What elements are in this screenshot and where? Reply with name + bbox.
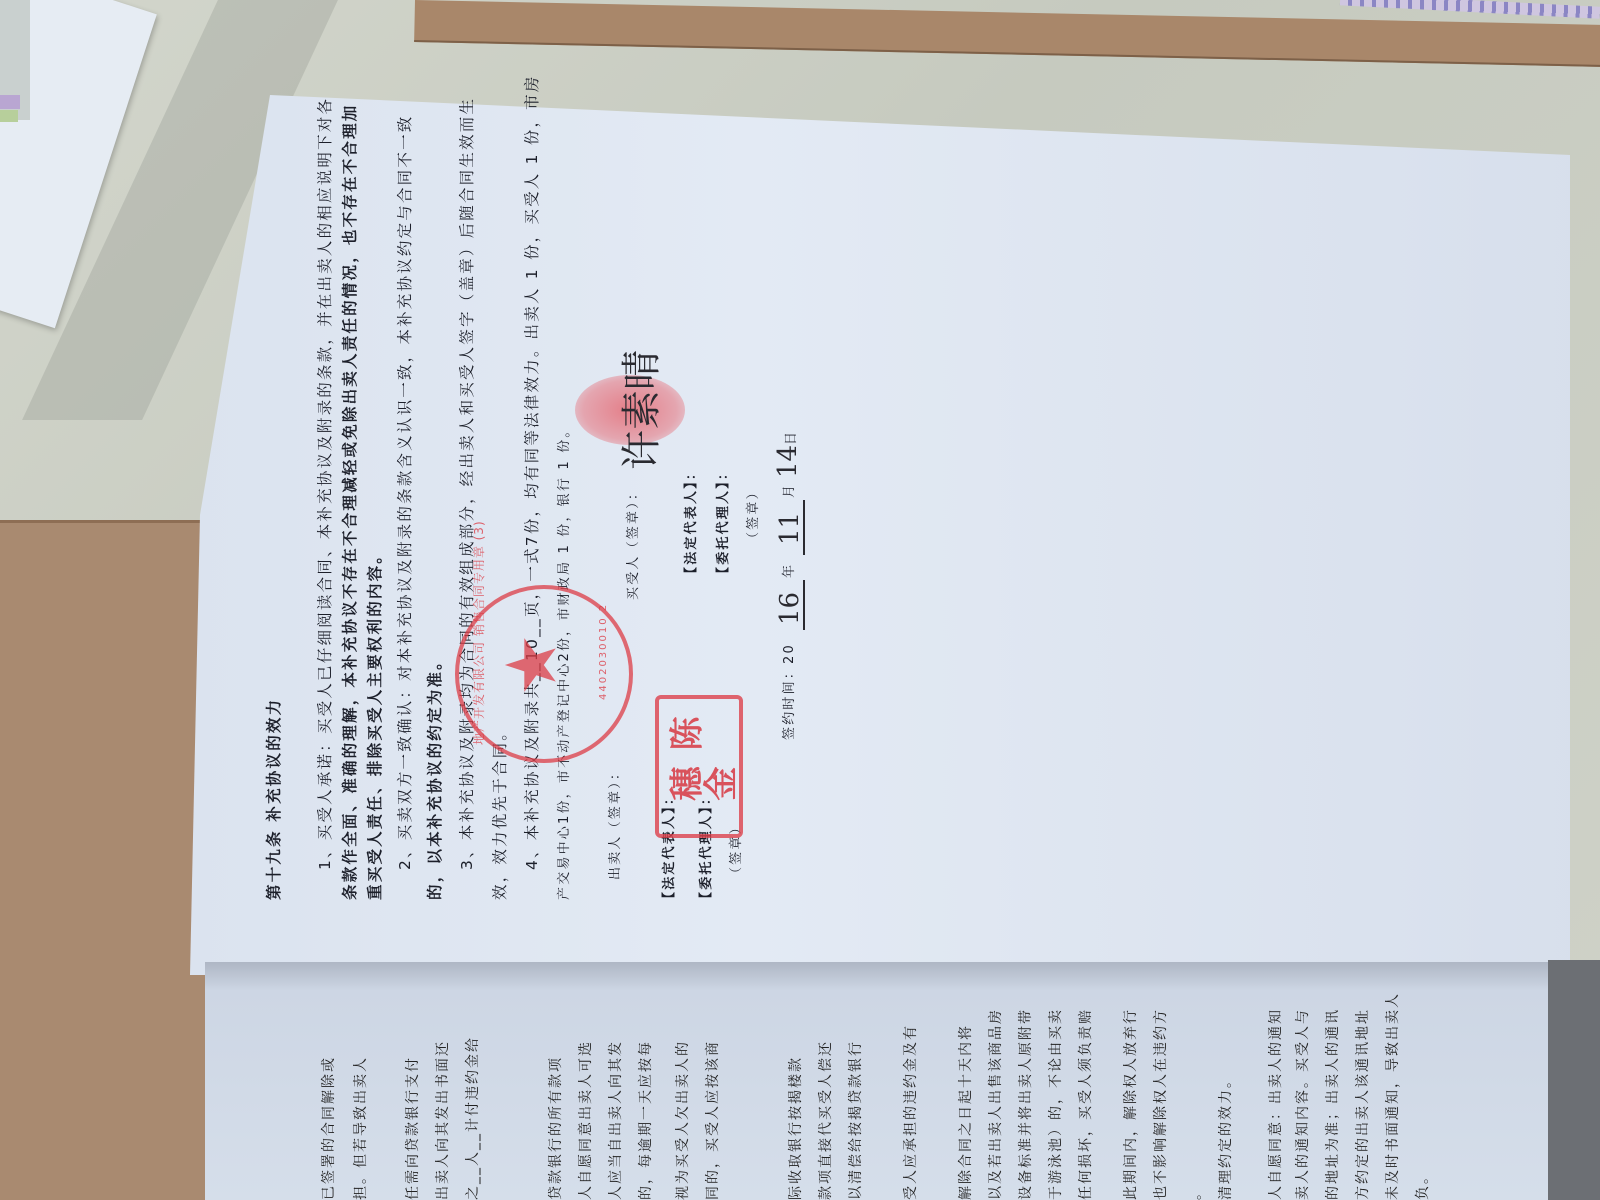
- signing-year: 16: [775, 592, 805, 625]
- seal-star-icon: ★: [496, 634, 566, 697]
- facing-page-line: 之__人__计付违约金给: [462, 1036, 482, 1200]
- facing-page-line: 已签署的合同解除或: [318, 1056, 338, 1200]
- clause-line: 3、本补充协议及附录均为合同的有效组成部分，经出卖人和买受人签字（盖章）后随合同…: [455, 97, 477, 870]
- clause-line: 的，以本补充协议的约定为准。: [423, 652, 445, 900]
- facing-page-line: 负。: [1412, 1168, 1432, 1200]
- facing-page-line: 担。但若导致出卖人: [350, 1056, 370, 1200]
- facing-page-line: 卖人的通知内容。买受人与: [1292, 1008, 1312, 1200]
- clause-line: 条款作全面、准确的理解，本补充协议不存在不合理减轻或免除出卖人责任的情况，也不存…: [338, 103, 360, 900]
- facing-page-line: 也不影响解除权人在违约方: [1150, 1008, 1170, 1200]
- facing-page-line: 人自愿同意出卖人可选: [575, 1040, 595, 1200]
- seal-char: 陈: [660, 717, 709, 751]
- signing-date-label: 签约时间：20: [778, 643, 797, 740]
- facing-page-line: 设备标准并将出卖人原附带: [1015, 1008, 1035, 1200]
- clause-line: 1、买受人承诺：买受人已仔细阅读合同、本补充协议及附录的条款，并在出卖人的相应说…: [313, 97, 335, 870]
- facing-page-line: 未及时书面通知，导致出卖人: [1382, 992, 1402, 1200]
- facing-page-line: 任需向贷款银行支付: [402, 1056, 422, 1200]
- year-unit: 年: [778, 563, 797, 578]
- year-underline: [803, 580, 805, 630]
- facing-page-line: 受人应承担的违约金及有: [900, 1024, 920, 1200]
- facing-page-line: 此期间内，解除权人放弃行: [1120, 1008, 1140, 1200]
- facing-page-line: 款项直接代买受人偿还: [815, 1040, 835, 1200]
- facing-page-line: 际收取银行按揭楼款: [785, 1056, 805, 1200]
- personal-seal: 陈 穗 金: [655, 695, 743, 838]
- clause-line: 重买受人责任、排除买受人主要权利的内容。: [363, 546, 385, 900]
- facing-page-line: 。: [1185, 1184, 1205, 1200]
- article-title: 第十九条 补充协议的效力: [262, 698, 284, 900]
- clause-line: 2、买卖双方一致确认：对本补充协议及附录的条款含义认识一致，本补充协议约定与合同…: [393, 115, 415, 870]
- purple-note-edge: [0, 95, 20, 109]
- facing-page-line: 人自愿同意：出卖人的通知: [1265, 1008, 1285, 1200]
- company-seal-text: 地产开发有限公司 销售合同专用章 (3): [470, 520, 487, 745]
- buyer-agent-label: 【委托代理人】：: [712, 465, 731, 580]
- facing-page-line: 解除合同之日起十天内将: [955, 1024, 975, 1200]
- facing-page-line: 任何损坏，买受人须负责赔: [1075, 1008, 1095, 1200]
- buyer-legal-rep-label: 【法定代表人】：: [680, 465, 699, 580]
- seller-label: 出卖人（签章）：: [604, 765, 623, 880]
- page-edge: [1548, 960, 1600, 1200]
- facing-page-line: 清理约定的效力。: [1215, 1072, 1235, 1200]
- facing-page-line: 的，每逾期一天应按每: [635, 1040, 655, 1200]
- facing-page-line: 于游泳池）的，不论由买卖: [1045, 1008, 1065, 1200]
- month-unit: 月: [778, 483, 797, 498]
- facing-page-line: 出卖人向其发出书面还: [432, 1040, 452, 1200]
- facing-page-line: 同的，买受人应按该商: [702, 1040, 722, 1200]
- buyer-signature: 许素晴: [610, 350, 667, 470]
- facing-page-line: 贷款银行的所有款项: [545, 1056, 565, 1200]
- facing-page-line: 的地址为准；出卖人的通讯: [1322, 1008, 1342, 1200]
- seal-char: 金: [694, 767, 743, 801]
- facing-page-line: 人应当自出卖人向其发: [605, 1040, 625, 1200]
- day-unit: 日: [780, 430, 799, 445]
- month-underline: [803, 500, 805, 555]
- facing-page-line: 以及若出卖人出售该商品房: [985, 1008, 1005, 1200]
- green-note-edge: [0, 110, 18, 122]
- facing-page-line: 视为买受人欠出卖人的: [672, 1040, 692, 1200]
- signing-day: 14: [773, 445, 803, 478]
- buyer-seal-label: （签章）: [742, 484, 761, 545]
- signing-month: 11: [775, 512, 805, 545]
- facing-page-line: 方约定的出卖人该通讯地址: [1352, 1008, 1372, 1200]
- facing-page-line: 以清偿给按揭贷款银行: [845, 1040, 865, 1200]
- buyer-label: 买受人（签章）：: [622, 485, 641, 600]
- company-seal-number: 4402030010 2: [598, 603, 609, 700]
